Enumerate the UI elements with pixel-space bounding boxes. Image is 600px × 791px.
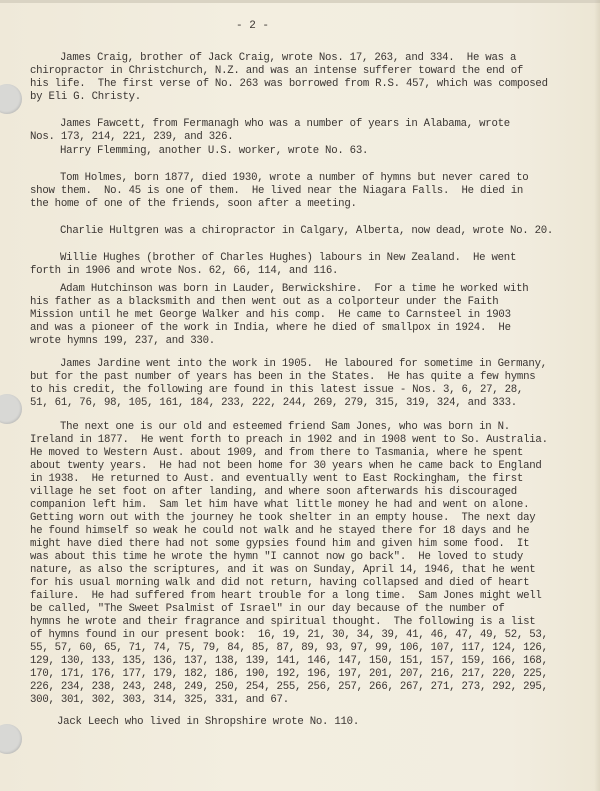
paragraph-line: in 1938. He returned to Aust. and eventu…	[30, 473, 523, 486]
paragraph-line: Adam Hutchinson was born in Lauder, Berw…	[60, 283, 528, 296]
paragraph-line: Ireland in 1877. He went forth to preach…	[30, 434, 548, 447]
paragraph-line: forth in 1906 and wrote Nos. 62, 66, 114…	[30, 265, 338, 278]
paper-right-edge	[594, 0, 600, 791]
punch-hole-top	[0, 84, 22, 114]
paragraph-line: village he set foot on after landing, an…	[30, 486, 517, 499]
paragraph-line: the home of one of the friends, soon aft…	[30, 198, 357, 211]
paragraph-line: to his credit, the following are found i…	[30, 384, 523, 397]
paragraph-line: be called, "The Sweet Psalmist of Israel…	[30, 603, 505, 616]
paragraph-line: he found himself so weak he could not wa…	[30, 525, 529, 538]
paragraph-line: but for the past number of years has bee…	[30, 371, 535, 384]
page-number: - 2 -	[236, 20, 269, 32]
punch-hole-bottom	[0, 724, 22, 754]
paragraph-line: The next one is our old and esteemed fri…	[60, 421, 510, 434]
hymn-number-list: of hymns found in our present book: 16, …	[30, 629, 548, 642]
paragraph-line: Willie Hughes (brother of Charles Hughes…	[60, 252, 516, 265]
paper-top-edge	[0, 0, 600, 3]
paragraph-line: Tom Holmes, born 1877, died 1930, wrote …	[60, 172, 528, 185]
paragraph-line: show them. No. 45 is one of them. He liv…	[30, 185, 523, 198]
paragraph-line: might have died there had not some gypsi…	[30, 538, 529, 551]
paragraph-line: Getting worn out with the journey he too…	[30, 512, 535, 525]
paragraph-line: by Eli G. Christy.	[30, 91, 141, 104]
paragraph-line: nature, as also the scriptures, and it w…	[30, 564, 535, 577]
paragraph-line: and was a pioneer of the work in India, …	[30, 322, 511, 335]
paragraph-line: his life. The first verse of No. 263 was…	[30, 78, 548, 91]
paragraph-line: companion left him. Sam let him have wha…	[30, 499, 529, 512]
paragraph-line: for his usual morning walk and did not r…	[30, 577, 529, 590]
paragraph-line: was about this time he wrote the hymn "I…	[30, 551, 523, 564]
paragraph-line: Harry Flemming, another U.S. worker, wro…	[60, 145, 368, 158]
paragraph-line: chiropractor in Christchurch, N.Z. and w…	[30, 65, 523, 78]
punch-hole-middle	[0, 394, 22, 424]
paragraph-line: Nos. 173, 214, 221, 239, and 326.	[30, 131, 233, 144]
paragraph-line: James Fawcett, from Fermanagh who was a …	[60, 118, 510, 131]
hymn-number-list: 170, 171, 176, 177, 179, 182, 186, 190, …	[30, 668, 548, 681]
hymn-number-list: 129, 130, 133, 135, 136, 137, 138, 139, …	[30, 655, 548, 668]
paragraph-line: his father as a blacksmith and then went…	[30, 296, 498, 309]
paragraph-line: wrote hymns 199, 237, and 330.	[30, 335, 215, 348]
paragraph-line: about twenty years. He had not been home…	[30, 460, 542, 473]
hymn-number-list: 226, 234, 238, 243, 248, 249, 250, 254, …	[30, 681, 548, 694]
paragraph-line: failure. He had suffered from heart trou…	[30, 590, 542, 603]
paragraph-line: Jack Leech who lived in Shropshire wrote…	[57, 716, 359, 729]
hymn-number-list: 300, 301, 302, 303, 314, 325, 331, and 6…	[30, 694, 289, 707]
paragraph-line: He moved to Western Aust. about 1909, an…	[30, 447, 523, 460]
paragraph-line: James Craig, brother of Jack Craig, wrot…	[60, 52, 516, 65]
paragraph-line: Charlie Hultgren was a chiropractor in C…	[60, 225, 553, 238]
paragraph-line: Mission until he met George Walker and h…	[30, 309, 511, 322]
typewritten-page: - 2 - James Craig, brother of Jack Craig…	[0, 0, 600, 791]
paragraph-line: James Jardine went into the work in 1905…	[60, 358, 547, 371]
paragraph-line: 51, 61, 76, 98, 105, 161, 184, 233, 222,…	[30, 397, 517, 410]
paragraph-line: hymns he wrote and their fragrance and s…	[30, 616, 535, 629]
hymn-number-list: 55, 57, 60, 65, 71, 74, 75, 79, 84, 85, …	[30, 642, 548, 655]
